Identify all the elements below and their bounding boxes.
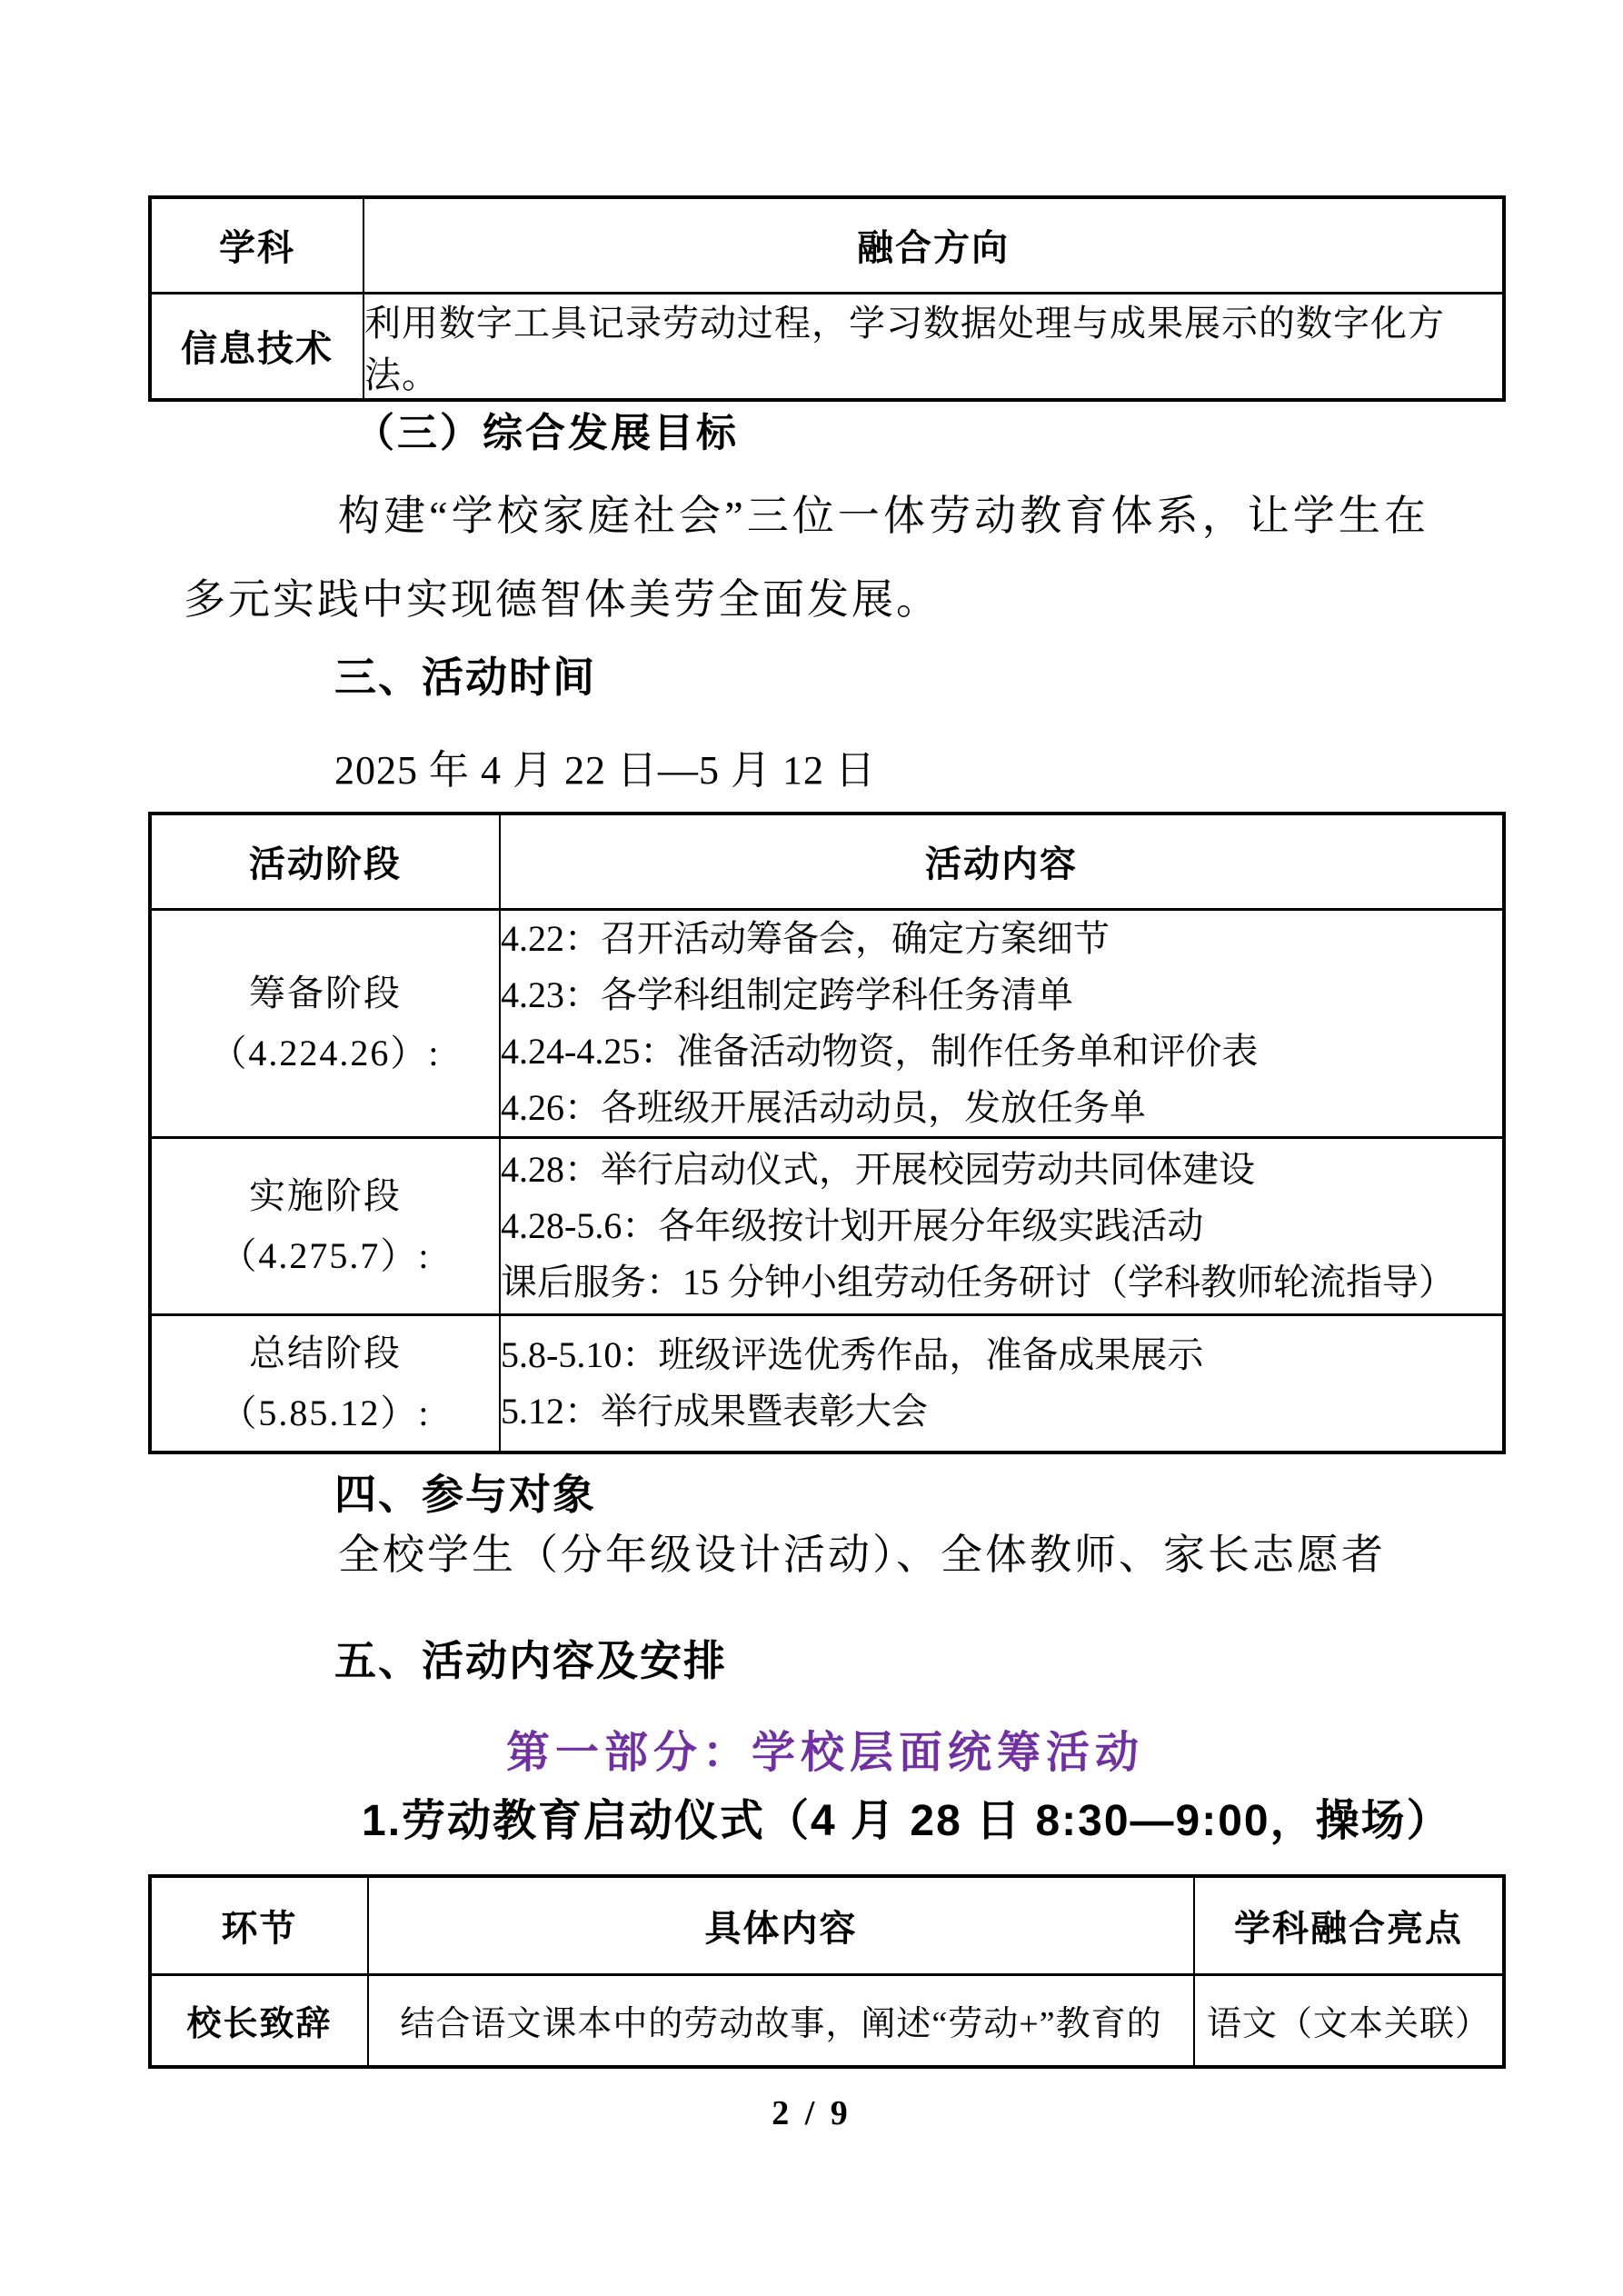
- table-row-implementation: 实施阶段 （4.275.7）: 4.28：举行启动仪式，开展校园劳动共同体建设 …: [150, 1137, 1504, 1314]
- table-row: 信息技术 利用数字工具记录劳动过程，学习数据处理与成果展示的数字化方法。: [150, 293, 1504, 400]
- schedule-item: 4.23：各学科组制定跨学科任务清单: [501, 967, 1502, 1023]
- stage-name: 总结阶段: [152, 1323, 499, 1383]
- stage-dates: （4.275.7）:: [152, 1226, 499, 1286]
- table-row-preparation: 筹备阶段 （4.224.26）: 4.22：召开活动筹备会，确定方案细节 4.2…: [150, 909, 1504, 1137]
- time-section-heading: 三、活动时间: [334, 653, 596, 703]
- detail-cell: 结合语文课本中的劳动故事，阐述“劳动+”教育的: [368, 1974, 1194, 2067]
- header-step: 环节: [150, 1876, 368, 1974]
- header-subject: 学科: [150, 197, 363, 293]
- item1-heading: 1.劳动教育启动仪式（4 月 28 日 8:30—9:00，操场）: [362, 1795, 1452, 1848]
- schedule-item: 5.12：举行成果暨表彰大会: [501, 1383, 1502, 1440]
- stage-dates: （4.224.26）:: [152, 1023, 499, 1083]
- goal-paragraph: 构建“学校家庭社会”三位一体劳动教育体系，让学生在多元实践中实现德智体美劳全面发…: [184, 474, 1429, 642]
- stage-name: 实施阶段: [152, 1166, 499, 1226]
- header-stage: 活动阶段: [150, 814, 500, 909]
- step-cell: 校长致辞: [150, 1974, 368, 2067]
- stage-items-cell: 4.28：举行启动仪式，开展校园劳动共同体建设 4.28-5.6：各年级按计划开…: [500, 1137, 1504, 1314]
- stage-cell: 实施阶段 （4.275.7）:: [150, 1137, 500, 1314]
- header-fusion-direction: 融合方向: [363, 197, 1504, 293]
- stage-cell: 筹备阶段 （4.224.26）:: [150, 909, 500, 1137]
- subject-fusion-table: 学科 融合方向 信息技术 利用数字工具记录劳动过程，学习数据处理与成果展示的数字…: [148, 195, 1506, 402]
- stage-cell: 总结阶段 （5.85.12）:: [150, 1314, 500, 1452]
- schedule-item: 4.28-5.6：各年级按计划开展分年级实践活动: [501, 1198, 1502, 1254]
- table-row-summary: 总结阶段 （5.85.12）: 5.8-5.10：班级评选优秀作品，准备成果展示…: [150, 1314, 1504, 1452]
- participants-paragraph: 全校学生（分年级设计活动）、全体教师、家长志愿者: [184, 1513, 1474, 1597]
- stage-dates: （5.85.12）:: [152, 1383, 499, 1443]
- highlight-cell: 语文（文本关联）: [1194, 1974, 1504, 2067]
- header-detail: 具体内容: [368, 1876, 1194, 1974]
- schedule-item: 4.28：举行启动仪式，开展校园劳动共同体建设: [501, 1142, 1502, 1198]
- direction-cell: 利用数字工具记录劳动过程，学习数据处理与成果展示的数字化方法。: [363, 293, 1504, 400]
- subject-cell: 信息技术: [150, 293, 363, 400]
- table-header-row: 环节 具体内容 学科融合亮点: [150, 1876, 1504, 1974]
- schedule-item: 4.26：各班级开展活动动员，发放任务单: [501, 1080, 1502, 1136]
- participants-section-heading: 四、参与对象: [334, 1470, 596, 1520]
- stage-items-cell: 5.8-5.10：班级评选优秀作品，准备成果展示 5.12：举行成果暨表彰大会: [500, 1314, 1504, 1452]
- schedule-item: 4.24-4.25：准备活动物资，制作任务单和评价表: [501, 1023, 1502, 1080]
- schedule-item: 4.22：召开活动筹备会，确定方案细节: [501, 911, 1502, 967]
- table-header-row: 学科 融合方向: [150, 197, 1504, 293]
- schedule-item: 课后服务：15 分钟小组劳动任务研讨（学科教师轮流指导）: [501, 1254, 1502, 1311]
- page-number: 2 / 9: [0, 2093, 1623, 2133]
- header-fusion-highlight: 学科融合亮点: [1194, 1876, 1504, 1974]
- schedule-table: 活动阶段 活动内容 筹备阶段 （4.224.26）: 4.22：召开活动筹备会，…: [148, 812, 1506, 1454]
- table-header-row: 活动阶段 活动内容: [150, 814, 1504, 909]
- table-row-principal-speech: 校长致辞 结合语文课本中的劳动故事，阐述“劳动+”教育的 语文（文本关联）: [150, 1974, 1504, 2067]
- content-section-heading: 五、活动内容及安排: [334, 1636, 727, 1686]
- stage-name: 筹备阶段: [152, 963, 499, 1023]
- stage-items-cell: 4.22：召开活动筹备会，确定方案细节 4.23：各学科组制定跨学科任务清单 4…: [500, 909, 1504, 1137]
- schedule-item: 5.8-5.10：班级评选优秀作品，准备成果展示: [501, 1327, 1502, 1383]
- document-page: 学科 融合方向 信息技术 利用数字工具记录劳动过程，学习数据处理与成果展示的数字…: [0, 0, 1623, 2296]
- ceremony-table: 环节 具体内容 学科融合亮点 校长致辞 结合语文课本中的劳动故事，阐述“劳动+”…: [148, 1874, 1506, 2069]
- header-activity-content: 活动内容: [500, 814, 1504, 909]
- part1-banner: 第一部分：学校层面统筹活动: [148, 1726, 1502, 1781]
- date-range: 2025 年 4 月 22 日—5 月 12 日: [334, 747, 876, 795]
- goal-section-heading: （三）综合发展目标: [354, 410, 739, 458]
